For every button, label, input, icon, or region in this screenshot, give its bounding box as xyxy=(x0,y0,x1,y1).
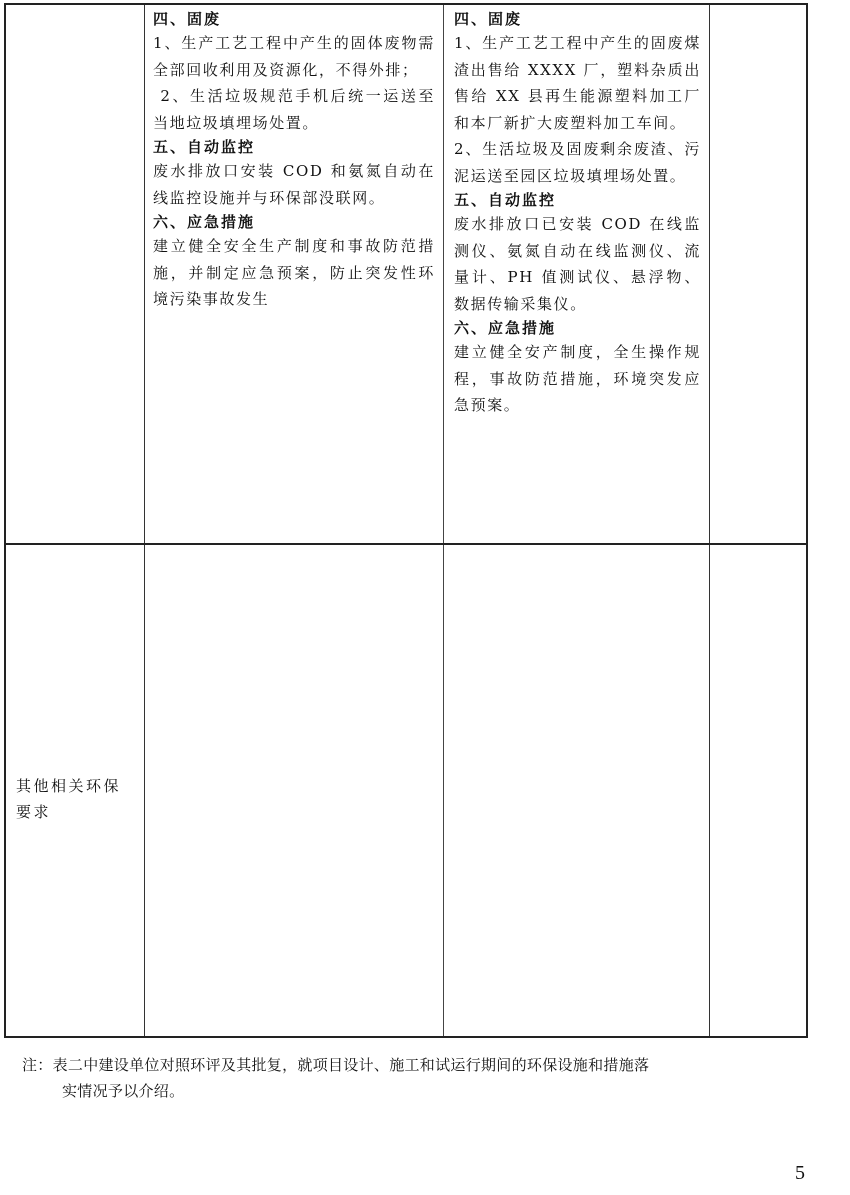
table-row-solid-waste-monitoring-emergency: 四、固废 1、生产工艺工程中产生的固体废物需全部回收利用及资源化，不得外排； 2… xyxy=(6,5,806,545)
section-heading-solid-waste: 四、固废 xyxy=(153,8,435,30)
footnote-line-1: 注：表二中建设单位对照环评及其批复，就项目设计、施工和试运行期间的环保设施和措施… xyxy=(22,1058,649,1074)
table-row-other-requirements: 其他相关环保要求 xyxy=(6,545,806,1036)
paragraph: 1、生产工艺工程中产生的固废煤渣出售给 XXXX 厂，塑料杂质出售给 XX 县再… xyxy=(454,30,701,136)
page-number: 5 xyxy=(795,1162,805,1185)
implementation-cell xyxy=(443,545,709,1036)
row-label-other-env-requirements: 其他相关环保要求 xyxy=(16,773,138,825)
section-heading-emergency: 六、应急措施 xyxy=(454,317,701,339)
footnote: 注：表二中建设单位对照环评及其批复，就项目设计、施工和试运行期间的环保设施和措施… xyxy=(22,1053,822,1105)
paragraph: 废水排放口已安装 COD 在线监测仪、氨氮自动在线监测仪、流量计、PH 值测试仪… xyxy=(454,211,701,317)
paragraph: 2、生活垃圾规范手机后统一运送至当地垃圾填埋场处置。 xyxy=(153,83,435,136)
section-heading-auto-monitoring: 五、自动监控 xyxy=(153,136,435,158)
remarks-cell xyxy=(709,545,806,1036)
requirements-cell: 四、固废 1、生产工艺工程中产生的固体废物需全部回收利用及资源化，不得外排； 2… xyxy=(144,5,443,543)
section-heading-solid-waste: 四、固废 xyxy=(454,8,701,30)
paragraph: 2、生活垃圾及固废剩余废渣、污泥运送至园区垃圾填埋场处置。 xyxy=(454,136,701,189)
remarks-cell xyxy=(709,5,806,543)
paragraph: 建立健全安全生产制度和事故防范措施，并制定应急预案，防止突发性环境污染事故发生 xyxy=(153,233,435,313)
environmental-measures-table: 四、固废 1、生产工艺工程中产生的固体废物需全部回收利用及资源化，不得外排； 2… xyxy=(4,3,808,1038)
implementation-cell: 四、固废 1、生产工艺工程中产生的固废煤渣出售给 XXXX 厂，塑料杂质出售给 … xyxy=(443,5,709,543)
paragraph: 1、生产工艺工程中产生的固体废物需全部回收利用及资源化，不得外排； xyxy=(153,30,435,83)
footnote-line-2: 实情况予以介绍。 xyxy=(22,1079,822,1105)
row-label-cell xyxy=(6,5,144,543)
section-heading-emergency: 六、应急措施 xyxy=(153,211,435,233)
section-heading-auto-monitoring: 五、自动监控 xyxy=(454,189,701,211)
row-label-cell: 其他相关环保要求 xyxy=(6,545,144,1036)
requirements-cell xyxy=(144,545,443,1036)
paragraph: 废水排放口安装 COD 和氨氮自动在线监控设施并与环保部没联网。 xyxy=(153,158,435,211)
paragraph: 建立健全安产制度，全生操作规程，事故防范措施，环境突发应急预案。 xyxy=(454,339,701,419)
